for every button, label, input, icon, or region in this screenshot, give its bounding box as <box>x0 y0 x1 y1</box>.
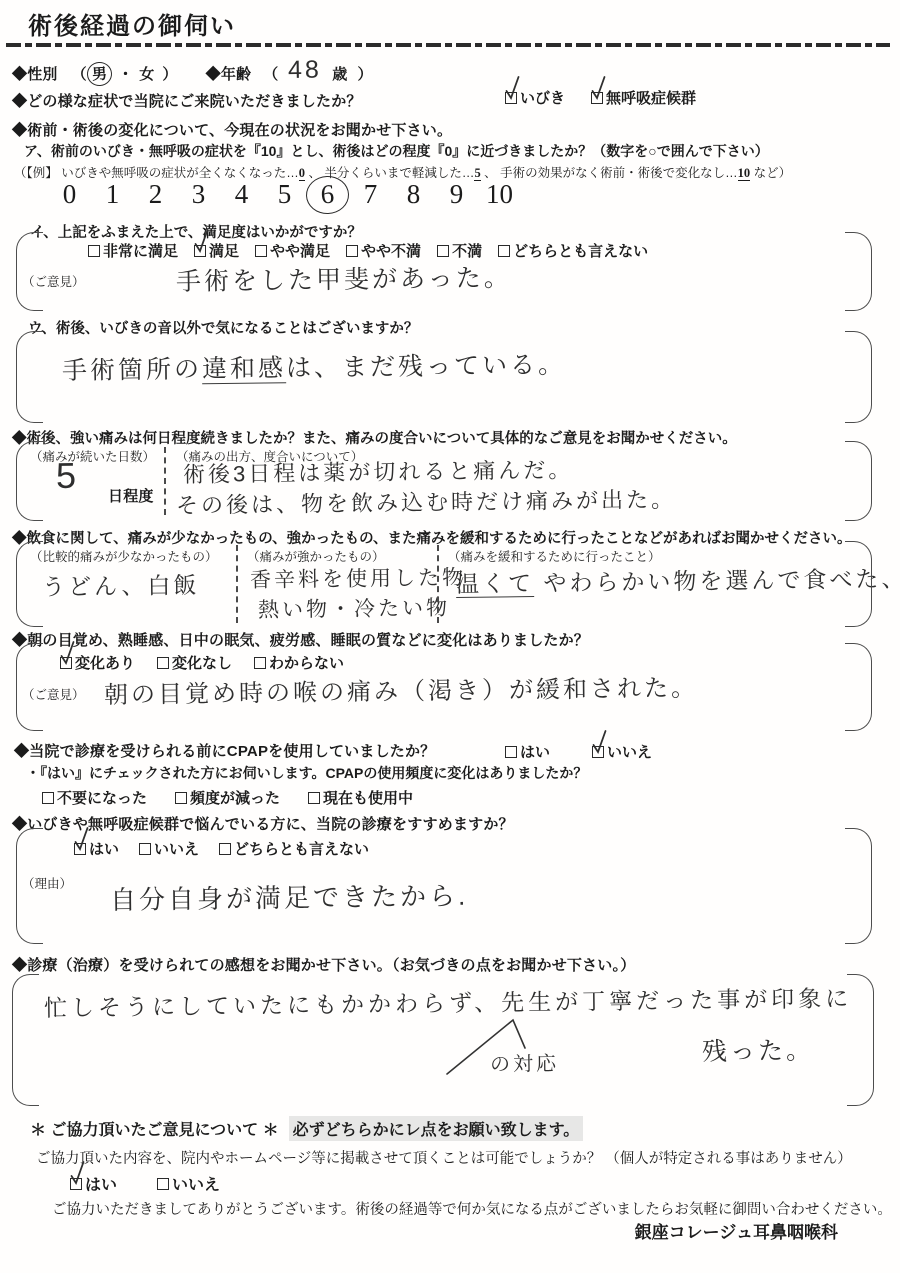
checkbox-box-icon <box>175 792 187 804</box>
checkbox-label: はい <box>520 741 550 762</box>
scale-number-4[interactable]: 4 <box>220 176 263 214</box>
thanks-message: ご協力いただきましてありがとうございます。術後の経過等で何か気になる点がございま… <box>52 1198 892 1219</box>
footer-note-highlight: 必ずどちらかにレ点をお願い致します。 <box>289 1116 584 1141</box>
example-num-10: 10 <box>738 166 751 181</box>
other-concerns-box: 手術箇所の違和感は、まだ残っている。 <box>16 331 872 423</box>
comment-part: 手術箇所の <box>62 355 202 385</box>
vertical-divider <box>236 545 238 623</box>
impression-insertion-handwritten: の対応 <box>490 1047 559 1077</box>
checkbox-satisfied[interactable]: 満足 <box>194 240 239 261</box>
satisfaction-options: 非常に満足 満足 やや満足 やや不満 不満 どちらとも言えない <box>88 240 648 261</box>
gender-female[interactable]: 女 <box>139 63 154 84</box>
comment-part: やわらかい物を選んで食べた、 <box>534 565 900 596</box>
recommend-box: はい いいえ どちらとも言えない （理由） 自分自身が満足できたから. <box>16 828 872 944</box>
checkmark-icon <box>503 74 521 101</box>
scale-number-2[interactable]: 2 <box>134 176 177 214</box>
cpap-option-no-wrap: いいえ <box>592 741 652 763</box>
scale-number-3[interactable]: 3 <box>177 176 220 214</box>
checkmark-icon <box>58 639 76 666</box>
scale-number-0[interactable]: 0 <box>48 176 91 214</box>
satisfaction-comment-handwritten: 手術をした甲斐があった。 <box>176 258 512 298</box>
impression-box: 忙しそうにしていたにもかかわらず、先生が丁寧だった事が印象に の対応 残った。 <box>12 974 874 1106</box>
scale-number-6[interactable]: 6 <box>305 175 349 214</box>
checkmark-icon <box>589 74 607 101</box>
checkbox-label: はい <box>85 1172 117 1195</box>
scale-number-9[interactable]: 9 <box>435 176 478 214</box>
age-unit: 歳 <box>332 63 347 84</box>
checkbox-unknown[interactable]: わからない <box>254 652 344 673</box>
checkbox-label: わからない <box>269 652 344 673</box>
change-heading: ◆術前・術後の変化について、今現在の状況をお聞かせ下さい。 <box>12 119 452 140</box>
checkbox-somewhat-dissatisfied[interactable]: やや不満 <box>346 240 421 261</box>
clinic-name: 銀座コレージュ耳鼻咽喉科 <box>635 1218 838 1243</box>
paren: ） <box>357 63 372 84</box>
checkbox-box-icon <box>88 245 100 257</box>
checkmark-icon <box>68 1159 86 1186</box>
checkbox-label: 頻度が減った <box>190 787 280 808</box>
checkbox-label: はい <box>89 838 119 859</box>
recommend-options: はい いいえ どちらとも言えない <box>74 838 369 859</box>
pain-detail-line2-handwritten: その後は、物を飲み込む時だけ痛みが出た。 <box>176 483 676 520</box>
checkbox-box-icon <box>157 1178 169 1190</box>
food-col2-line2-handwritten: 熱い物・冷たい物 <box>258 592 450 624</box>
scale-number-1[interactable]: 1 <box>91 176 134 214</box>
pain-days-value-handwritten: 5 <box>56 455 80 497</box>
food-col2-line1-handwritten: 香辛料を使用した物 <box>250 561 466 594</box>
comment-part: は、まだ残っている。 <box>286 351 566 382</box>
food-col1-value-handwritten: うどん、白飯 <box>42 567 200 602</box>
sleep-options: 変化あり 変化なし わからない <box>60 652 344 673</box>
scale-number-7[interactable]: 7 <box>349 176 392 214</box>
checkbox-recommend-yes[interactable]: はい <box>74 838 119 859</box>
checkbox-apnea[interactable]: 無呼吸症候群 <box>591 87 696 108</box>
symptoms-question: ◆どの様な症状で当院にご来院いただきましたか？ <box>12 90 362 111</box>
checkbox-label: 変化あり <box>75 652 135 673</box>
checkbox-label: いいえ <box>607 741 652 762</box>
scale-number-8[interactable]: 8 <box>392 176 435 214</box>
other-concerns-comment-handwritten: 手術箇所の違和感は、まだ残っている。 <box>62 345 566 387</box>
checkbox-cpap-yes[interactable]: はい <box>505 741 550 762</box>
cpap-option-yes-wrap: はい <box>505 741 550 763</box>
checkmark-icon <box>72 825 90 852</box>
checkbox-box-icon <box>308 792 320 804</box>
satisfaction-box: 非常に満足 満足 やや満足 やや不満 不満 どちらとも言えない （ご意見） 手術… <box>16 232 872 311</box>
impression-question: ◆診療（治療）を受けられての感想をお聞かせ下さい。（お気づきの点をお聞かせ下さい… <box>12 954 635 975</box>
checkbox-publish-yes[interactable]: はい <box>70 1172 117 1195</box>
checkbox-label: いいえ <box>172 1172 220 1195</box>
publish-question: ご協力頂いた内容を、院内やホームページ等に掲載させて頂くことは可能でしょうか？ … <box>36 1147 852 1168</box>
vertical-divider <box>164 447 166 515</box>
checkbox-box-icon <box>157 657 169 669</box>
page-title: 術後経過の御伺い <box>28 6 236 41</box>
example-text: など） <box>750 166 791 180</box>
checkbox-label: どちらとも言えない <box>234 838 369 859</box>
impression-line2-handwritten: 残った。 <box>702 1031 814 1068</box>
checkbox-frequency-reduced[interactable]: 頻度が減った <box>175 787 280 808</box>
pain-days-label: （痛みが続いた日数） <box>30 447 155 465</box>
checkbox-no-change[interactable]: 変化なし <box>157 652 232 673</box>
checkbox-label: いびき <box>520 87 565 108</box>
checkbox-box-icon <box>437 245 449 257</box>
vertical-divider <box>437 545 439 623</box>
checkbox-somewhat-satisfied[interactable]: やや満足 <box>255 240 330 261</box>
checkmark-icon <box>590 728 608 755</box>
checkmark-icon <box>192 227 210 254</box>
checkbox-label: 変化なし <box>172 652 232 673</box>
symptoms-options: いびき 無呼吸症候群 <box>505 87 696 108</box>
pain-box: （痛みが続いた日数） 5 日程度 （痛みの出方、度合いについて） 術後3日程は薬… <box>16 441 872 521</box>
checkbox-label: 現在も使用中 <box>323 787 413 808</box>
checkbox-box-icon <box>346 245 358 257</box>
checkbox-label: 不要になった <box>57 787 147 808</box>
pain-detail-line1-handwritten: 術後3日程は薬が切れると痛んだ。 <box>183 453 574 489</box>
checkbox-label: どちらとも言えない <box>513 240 648 261</box>
recommend-comment-handwritten: 自分自身が満足できたから. <box>110 876 469 917</box>
checkbox-box-icon <box>219 843 231 855</box>
cpap-question: ◆当院で診療を受けられる前にCPAPを使用していましたか？ <box>14 740 435 761</box>
gender-male-circled[interactable]: 男 <box>86 61 113 87</box>
opinion-label: （ご意見） <box>22 272 85 290</box>
checkbox-recommend-neither[interactable]: どちらとも言えない <box>219 838 369 859</box>
paren: （ <box>263 63 278 84</box>
checkbox-very-satisfied[interactable]: 非常に満足 <box>88 240 178 261</box>
opinion-label: （ご意見） <box>22 685 85 703</box>
checkbox-neither[interactable]: どちらとも言えない <box>498 240 648 261</box>
checkbox-box-icon <box>254 657 266 669</box>
paren: ） <box>162 63 177 84</box>
checkbox-label: やや満足 <box>270 240 330 261</box>
comment-part-underlined: 温くて <box>456 570 534 598</box>
checkbox-box-icon <box>42 792 54 804</box>
food-col3-label: （痛みを緩和するために行ったこと） <box>448 547 661 565</box>
comment-part-underlined: 違和感 <box>202 354 286 384</box>
checkbox-cpap-no[interactable]: いいえ <box>592 741 652 762</box>
footer-note-head: ＊ ご協力頂いたご意見について ＊ <box>30 1117 279 1140</box>
checkbox-box-icon <box>498 245 510 257</box>
pain-days-unit: 日程度 <box>108 485 154 506</box>
survey-form-page: 術後経過の御伺い ◆性別 （ 男 ・ 女 ） ◆年齢 （ 48 歳 ） ◆どの様… <box>0 0 900 1273</box>
cpap-followup-question: ・『はい』にチェックされた方にお伺いします。CPAPの使用頻度に変化はありました… <box>26 763 587 783</box>
scale-number-10[interactable]: 10 <box>478 176 521 214</box>
age-value-handwritten: 48 <box>288 56 322 85</box>
checkbox-box-icon <box>505 746 517 758</box>
reason-label: （理由） <box>22 874 72 892</box>
checkbox-label: やや不満 <box>361 240 421 261</box>
dash-separator <box>6 43 890 47</box>
food-col1-label: （比較的痛みが少なかったもの） <box>30 547 218 565</box>
sleep-comment-handwritten: 朝の目覚め時の喉の痛み（渇き）が緩和された。 <box>104 668 698 710</box>
dot: ・ <box>118 63 133 84</box>
food-col3-value-handwritten: 温くて やわらかい物を選んで食べた、 <box>456 560 900 599</box>
checkbox-label: 無呼吸症候群 <box>606 87 696 108</box>
cpap-followup-options: 不要になった 頻度が減った 現在も使用中 <box>42 787 413 808</box>
profile-row: ◆性別 （ 男 ・ 女 ） ◆年齢 （ 48 歳 ） <box>12 59 373 88</box>
checkbox-no-longer-needed[interactable]: 不要になった <box>42 787 147 808</box>
checkbox-box-icon <box>255 245 267 257</box>
checkbox-changed[interactable]: 変化あり <box>60 652 135 673</box>
age-label: ◆年齢 <box>206 63 252 84</box>
paren: （ <box>72 63 87 84</box>
checkbox-publish-no[interactable]: いいえ <box>157 1172 220 1195</box>
footer-note: ＊ ご協力頂いたご意見について ＊ 必ずどちらかにレ点をお願い致します。 <box>30 1116 583 1141</box>
checkbox-label: いいえ <box>154 838 199 859</box>
checkbox-snoring[interactable]: いびき <box>505 87 565 108</box>
change-sub-a: ア、術前のいびき・無呼吸の症状を『10』とし、術後はどの程度『0』に近づきました… <box>24 141 769 161</box>
checkbox-box-icon <box>139 843 151 855</box>
scale-number-5[interactable]: 5 <box>263 176 306 214</box>
gender-label: ◆性別 <box>12 63 58 84</box>
food-box: （比較的痛みが少なかったもの） うどん、白飯 （痛みが強かったもの） 香辛料を使… <box>16 541 872 627</box>
sleep-box: 変化あり 変化なし わからない （ご意見） 朝の目覚め時の喉の痛み（渇き）が緩和… <box>16 643 872 731</box>
publish-options: はい いいえ <box>70 1172 220 1195</box>
checkbox-label: 満足 <box>209 240 239 261</box>
rating-scale: 0 1 2 3 4 5 6 7 8 9 10 <box>48 176 521 214</box>
checkbox-recommend-no[interactable]: いいえ <box>139 838 199 859</box>
checkbox-still-using[interactable]: 現在も使用中 <box>308 787 413 808</box>
checkbox-label: 非常に満足 <box>103 240 178 261</box>
